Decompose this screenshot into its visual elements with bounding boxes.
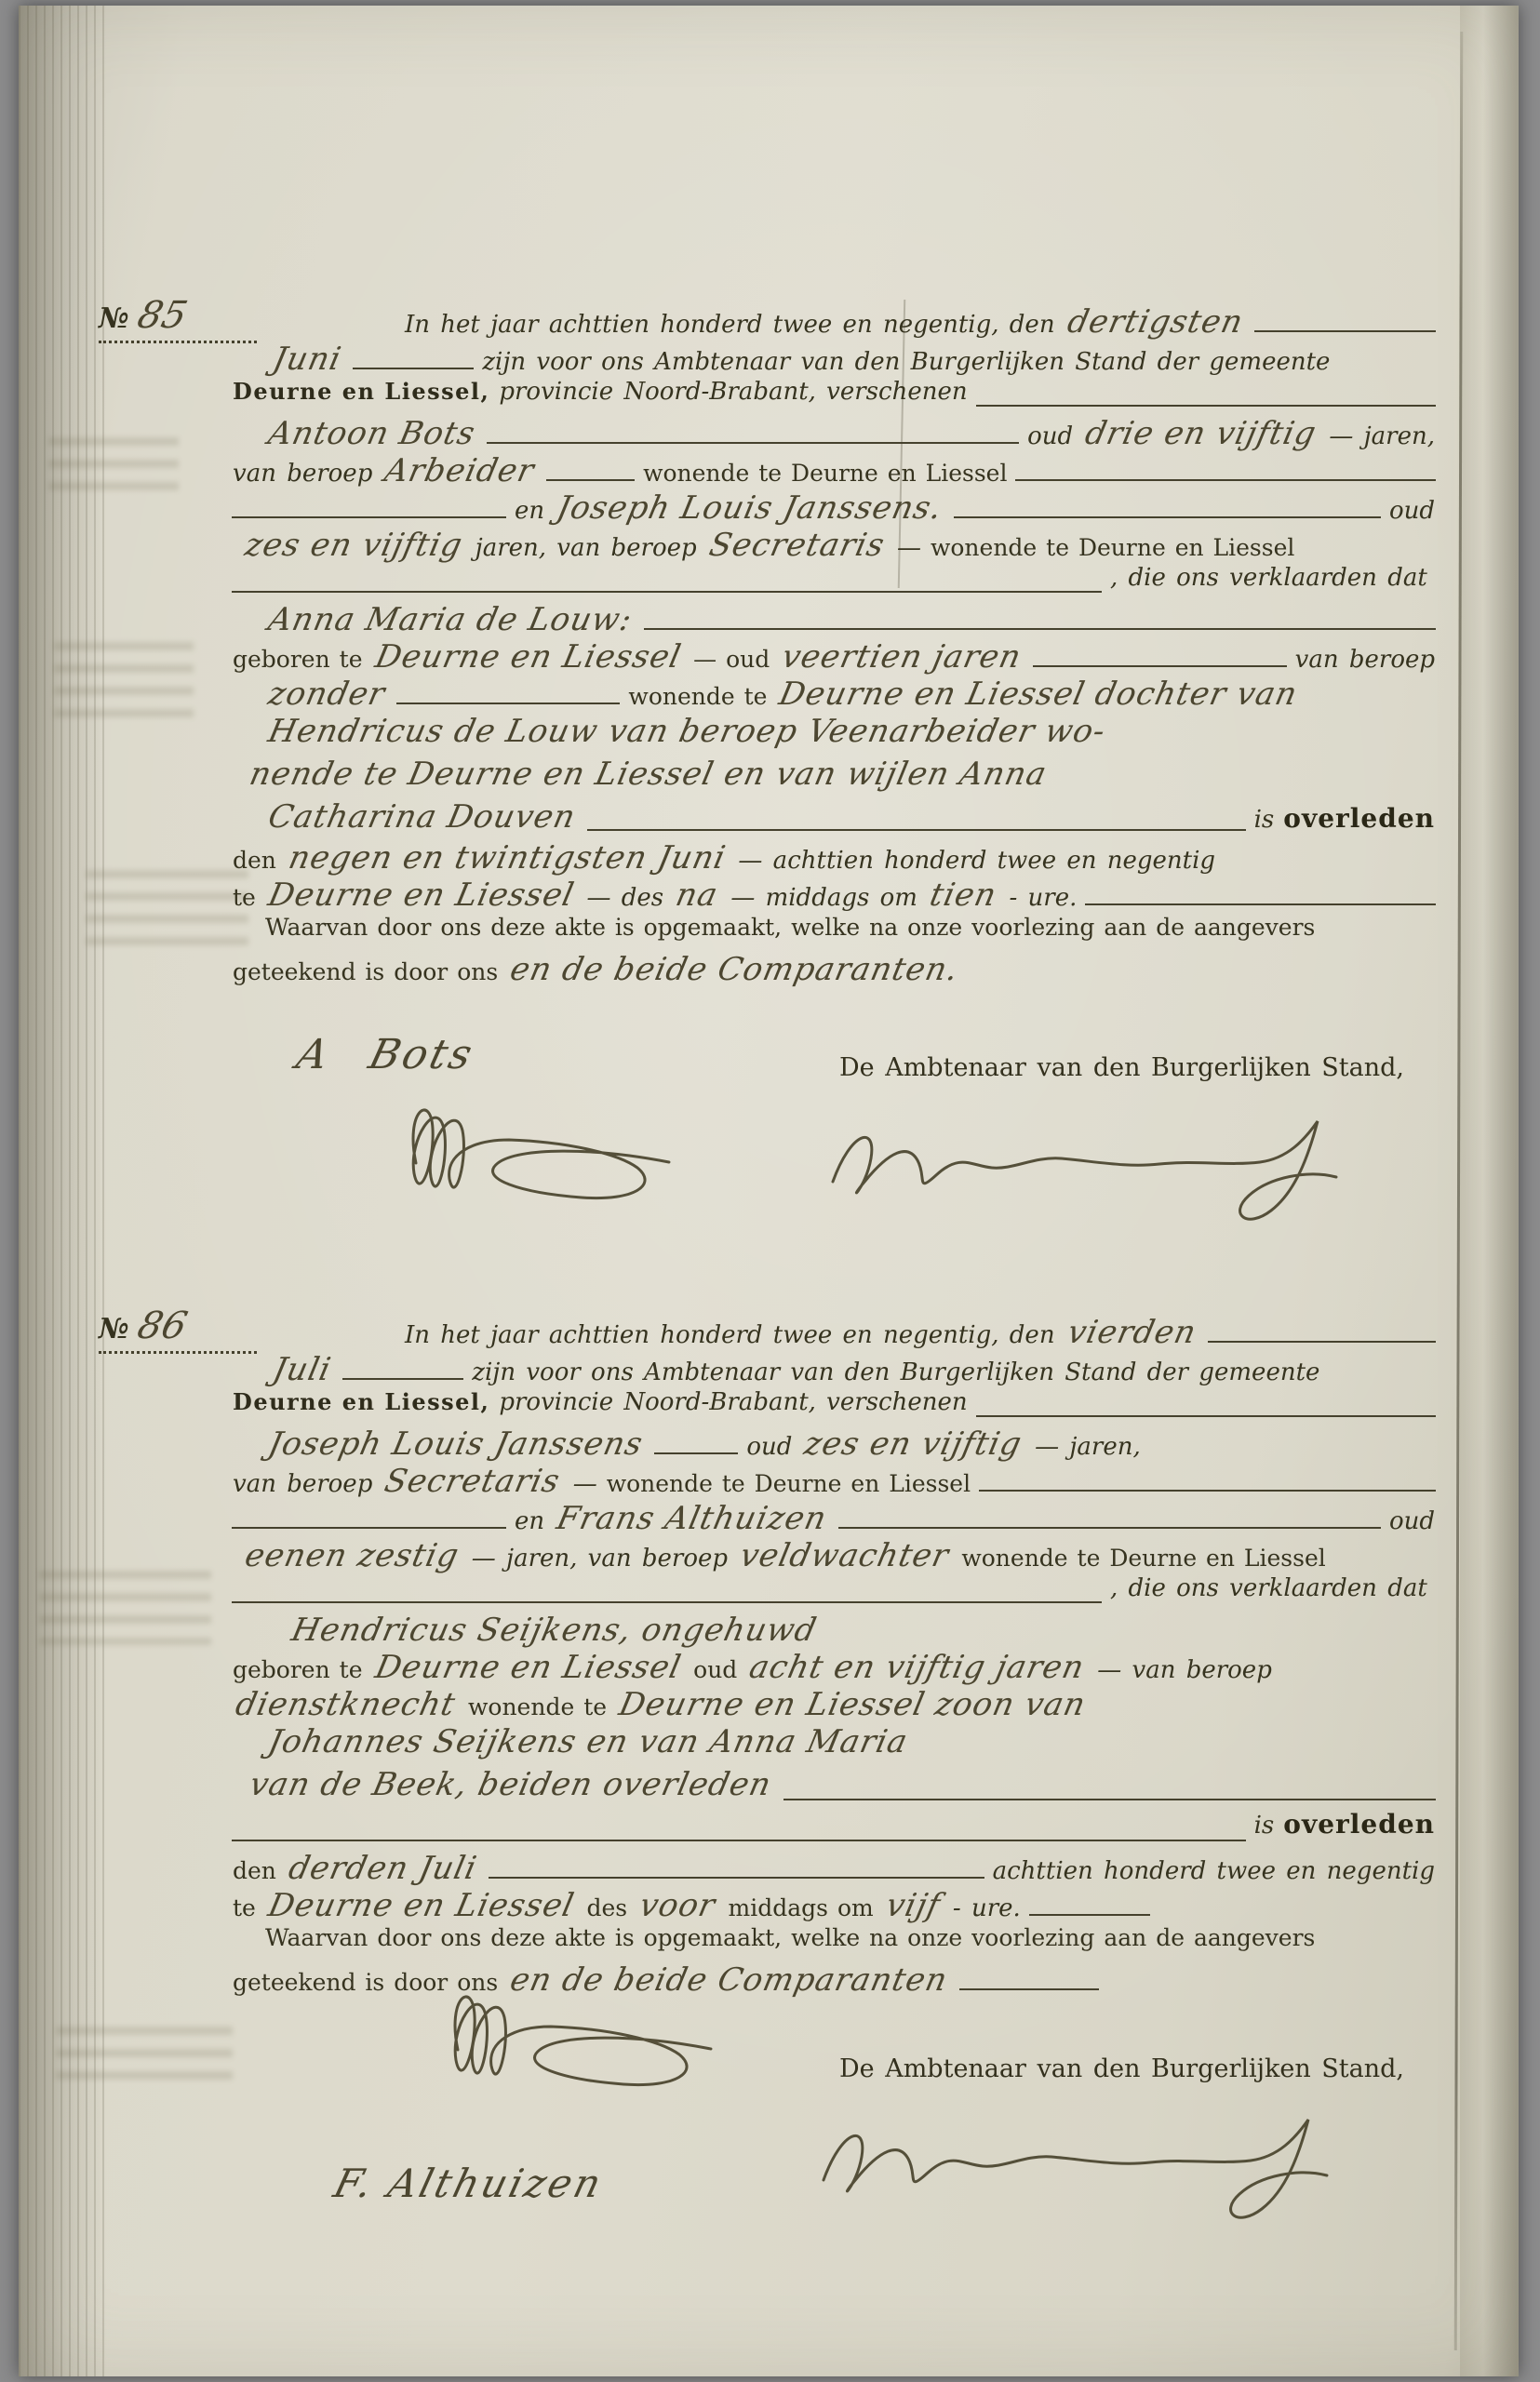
text-segment-hand: vierden	[1064, 1314, 1199, 1351]
text-segment-it: — des	[587, 884, 664, 912]
text-segment-it: — jaren,	[1035, 1433, 1141, 1461]
text-segment-it: provincie Noord-Brabant, verschenen	[499, 1388, 967, 1416]
text-segment-ro: te	[233, 1894, 256, 1921]
act-line: van beroepSecretaris—wonende te Deurne e…	[228, 1463, 1440, 1500]
act-line: enFrans Althuizenoud	[228, 1500, 1440, 1537]
text-segment-ro: den	[233, 1857, 276, 1884]
text-segment-hand: veldwachter	[737, 1537, 953, 1574]
text-segment-it: - ure.	[1009, 884, 1077, 912]
act-line: dennegen en twintigsten Juni— achttien h…	[228, 839, 1440, 877]
act-86-body: In het jaar achttien honderd twee en neg…	[228, 1314, 1440, 1999]
blank-fill-rule	[954, 516, 1381, 518]
act-line: Hendricus Seijkens, ongehuwd	[228, 1612, 1440, 1649]
act-line: van beroepArbeiderwonende te Deurne en L…	[228, 452, 1440, 489]
act-number-value: 86	[133, 1305, 191, 1347]
act-line: teDeurne en Liesseldesvoormiddags omvijf…	[228, 1887, 1440, 1924]
act-line: Johannes Seijkens en van Anna Maria	[228, 1723, 1440, 1766]
blank-fill-rule	[1033, 665, 1286, 667]
blank-fill-rule	[232, 516, 506, 518]
text-segment-it: zijn voor ons Ambtenaar van den Burgerli…	[482, 348, 1330, 376]
text-segment-it: , die ons verklaarden dat	[1110, 564, 1427, 592]
text-segment-hand: veertien jaren	[779, 638, 1025, 676]
bleed-through-text	[48, 437, 179, 493]
text-segment-ro: Waarvan door ons deze akte is opgemaakt,…	[265, 1924, 1315, 1951]
act-line: Waarvan door ons deze akte is opgemaakt,…	[228, 1924, 1440, 1961]
text-segment-hand: zes en vijftig	[242, 527, 466, 564]
text-segment-it: oud	[746, 1433, 792, 1461]
act-line: Deurne en Liessel,provincie Noord-Braban…	[228, 1388, 1440, 1425]
witness-signature-bots: A Bots	[292, 1031, 480, 1078]
text-segment-it: oud	[1027, 422, 1073, 450]
text-segment-hand: Joseph Louis Janssens.	[554, 489, 946, 527]
text-segment-ro: oud	[693, 1656, 737, 1683]
blank-fill-rule	[232, 1840, 1246, 1841]
text-segment-sc: Deurne en Liessel,	[233, 1388, 489, 1415]
text-segment-hand: eenen zestig	[242, 1537, 462, 1574]
text-segment-hand: drie en vijftig	[1082, 415, 1320, 452]
act-line: dienstknechtwonende teDeurne en Liessel …	[228, 1686, 1440, 1723]
text-segment-ro: wonende te Deurne en Liessel	[607, 1470, 971, 1497]
text-segment-hand: Deurne en Liessel dochter van	[776, 676, 1301, 713]
act-line: geboren teDeurne en Liesseloudacht en vi…	[228, 1649, 1440, 1686]
act-line: enJoseph Louis Janssens.oud	[228, 489, 1440, 527]
text-segment-hand: zonder	[265, 676, 389, 713]
text-segment-hand: derden Juli	[286, 1850, 481, 1887]
act-line: van de Beek, beiden overleden	[228, 1766, 1440, 1809]
text-segment-it: — van beroep	[1097, 1656, 1272, 1684]
blank-fill-rule	[1015, 479, 1436, 481]
text-segment-it: , die ons verklaarden dat	[1110, 1574, 1427, 1602]
text-segment-it: zijn voor ons Ambtenaar van den Burgerli…	[472, 1358, 1319, 1386]
number-symbol: №	[99, 1313, 129, 1345]
act-line: geteekend is door onsen de beide Compara…	[228, 951, 1440, 988]
act-line: Julizijn voor ons Ambtenaar van den Burg…	[228, 1351, 1440, 1388]
blank-fill-rule	[976, 1415, 1436, 1417]
blank-fill-rule	[353, 368, 474, 369]
text-segment-hand: Antoon Bots	[265, 415, 479, 452]
text-segment-ro: te	[233, 884, 256, 911]
witness-signature-althuizen: F. Althuizen	[329, 2161, 609, 2206]
blank-fill-rule	[232, 1527, 506, 1529]
text-segment-ro: Waarvan door ons deze akte is opgemaakt,…	[265, 914, 1315, 941]
act-line: zonderwonende teDeurne en Liessel dochte…	[228, 676, 1440, 713]
text-segment-hand: Arbeider	[382, 452, 538, 489]
text-segment-it: oud	[1389, 1507, 1435, 1535]
text-segment-hand: Anna Maria de Louw:	[265, 601, 636, 638]
act-line: Waarvan door ons deze akte is opgemaakt,…	[228, 914, 1440, 951]
text-segment-hand: Juni	[270, 341, 345, 378]
blank-fill-rule	[1085, 903, 1436, 905]
text-segment-hand: tien	[927, 877, 1000, 914]
text-segment-hand: na	[673, 877, 722, 914]
registrar-signature	[819, 1103, 1359, 1224]
blank-fill-rule	[959, 1988, 1099, 1990]
blank-fill-rule	[654, 1452, 738, 1454]
janssens-paraph-signature	[358, 1075, 684, 1219]
text-segment-sc: Deurne en Liessel,	[233, 378, 489, 405]
act-line: Catharina Douvenisoverleden	[228, 798, 1440, 839]
act-line: teDeurne en Liessel— desna— middags omti…	[228, 877, 1440, 914]
text-segment-hand: voor	[636, 1887, 719, 1924]
text-segment-ro: wonende te Deurne en Liessel	[931, 534, 1294, 561]
text-segment-hand: Hendricus Seijkens, ongehuwd	[288, 1612, 821, 1649]
text-segment-it: — jaren, van beroep	[472, 1545, 728, 1572]
text-segment-hand: acht en vijftig jaren	[746, 1649, 1088, 1686]
blank-fill-rule	[232, 591, 1102, 593]
act-line: Antoon Botsouddrie en vijftig— jaren,	[228, 415, 1440, 452]
text-segment-it: — achttien honderd twee en negentig	[738, 847, 1215, 875]
text-segment-it: — middags om	[730, 884, 917, 912]
right-paper-edge	[1460, 6, 1519, 2376]
act-85-body: In het jaar achttien honderd twee en neg…	[228, 303, 1440, 988]
text-segment-it: oud	[1389, 497, 1435, 525]
text-segment-hand: Hendricus de Louw van beroep Veenarbeide…	[265, 713, 1109, 750]
blank-fill-rule	[1254, 330, 1436, 332]
text-segment-it: en	[515, 497, 544, 525]
blank-fill-rule	[232, 1601, 1102, 1603]
blank-fill-rule	[783, 1799, 1436, 1800]
blank-fill-rule	[342, 1378, 463, 1380]
act-line: Anna Maria de Louw:	[228, 601, 1440, 638]
number-symbol: №	[99, 302, 129, 335]
text-segment-hand: vijf	[882, 1887, 944, 1924]
registrar-caption: De Ambtenaar van den Burgerlijken Stand,	[839, 2054, 1404, 2083]
act-line: Hendricus de Louw van beroep Veenarbeide…	[228, 713, 1440, 756]
text-segment-it: jaren, van beroep	[475, 534, 697, 562]
text-segment-ro: wonende te	[468, 1693, 607, 1720]
text-segment-it: — jaren,	[1329, 422, 1435, 450]
blank-fill-rule	[976, 405, 1436, 407]
text-segment-hand: Secretaris	[382, 1463, 564, 1500]
text-segment-ro: des	[587, 1894, 628, 1921]
text-segment-bold: overleden	[1283, 803, 1435, 834]
text-segment-it: In het jaar achttien honderd twee en neg…	[405, 311, 1055, 339]
registrar-caption: De Ambtenaar van den Burgerlijken Stand,	[839, 1053, 1404, 1082]
text-segment-hand: Frans Althuizen	[554, 1500, 830, 1537]
act-line: zes en vijftigjaren, van beroepSecretari…	[228, 527, 1440, 564]
text-segment-hand: nende te Deurne en Liessel en van wijlen…	[247, 756, 1051, 793]
blank-fill-rule	[1208, 1341, 1436, 1343]
blank-fill-rule	[587, 829, 1246, 831]
act-line: Joseph Louis Janssensoudzes en vijftig— …	[228, 1425, 1440, 1463]
text-segment-hand: Juli	[270, 1351, 335, 1388]
text-segment-it: van beroep	[233, 460, 372, 488]
text-segment-hand: Catharina Douven	[265, 798, 580, 836]
text-segment-ro: den	[233, 847, 276, 874]
text-segment-ro: — oud	[693, 646, 770, 673]
text-segment-ro: wonende te	[628, 683, 767, 710]
bleed-through-text	[56, 2027, 233, 2094]
blank-fill-rule	[644, 628, 1436, 630]
act-line: Deurne en Liessel,provincie Noord-Braban…	[228, 378, 1440, 415]
text-segment-hand: Deurne en Liessel	[371, 1649, 684, 1686]
act-number-value: 85	[133, 294, 191, 337]
blank-fill-rule	[487, 442, 1019, 444]
text-segment-it: In het jaar achttien honderd twee en neg…	[405, 1321, 1055, 1349]
text-segment-it: achttien honderd twee en negentig	[993, 1857, 1435, 1885]
text-segment-ro: wonende te Deurne en Liessel	[961, 1545, 1325, 1572]
text-segment-hand: Deurne en Liessel	[265, 877, 578, 914]
text-segment-hand: zes en vijftig	[801, 1425, 1025, 1463]
text-segment-hand: en de beide Comparanten.	[507, 951, 962, 988]
text-segment-it: is	[1254, 1812, 1275, 1840]
act-line: Junizijn voor ons Ambtenaar van den Burg…	[228, 341, 1440, 378]
janssens-paraph-signature	[400, 1961, 726, 2106]
text-segment-it: —	[573, 1470, 597, 1498]
scanned-register-page: { "registrar_caption": "De Ambtenaar van…	[0, 0, 1540, 2382]
blank-fill-rule	[489, 1877, 984, 1879]
text-segment-hand: van de Beek, beiden overleden	[247, 1766, 775, 1803]
act-line: , die ons verklaarden dat	[228, 564, 1440, 601]
text-segment-hand: Secretaris	[705, 527, 888, 564]
act-line: geboren teDeurne en Liessel— oudveertien…	[228, 638, 1440, 676]
blank-fill-rule	[396, 703, 620, 704]
blank-fill-rule	[546, 479, 635, 481]
text-segment-it: —	[897, 534, 921, 562]
act-line: eenen zestig— jaren, van beroepveldwacht…	[228, 1537, 1440, 1574]
blank-fill-rule	[838, 1527, 1381, 1529]
text-segment-hand: Johannes Seijkens en van Anna Maria	[265, 1723, 912, 1760]
text-segment-it: provincie Noord-Brabant, verschenen	[499, 378, 967, 406]
text-segment-ro: geboren te	[233, 646, 363, 673]
text-segment-ro: geteekend is door ons	[233, 958, 498, 985]
text-segment-hand: dertigsten	[1064, 303, 1246, 341]
text-segment-hand: Deurne en Liessel	[265, 1887, 578, 1924]
blank-fill-rule	[1029, 1914, 1150, 1916]
book-gutter-shading	[19, 6, 107, 2376]
text-segment-hand: Joseph Louis Janssens	[265, 1425, 647, 1463]
registrar-signature	[810, 2101, 1349, 2222]
blank-fill-rule	[979, 1490, 1436, 1492]
bleed-through-text	[86, 870, 248, 958]
text-segment-it: - ure.	[953, 1894, 1021, 1922]
text-segment-hand: dienstknecht	[233, 1686, 460, 1723]
text-segment-hand: Deurne en Liessel zoon van	[616, 1686, 1090, 1723]
text-segment-bold: overleden	[1283, 1809, 1435, 1840]
text-segment-ro: middags om	[729, 1894, 874, 1921]
act-line: isoverleden	[228, 1809, 1440, 1850]
text-segment-hand: negen en twintigsten Juni	[286, 839, 730, 877]
act-line: nende te Deurne en Liessel en van wijlen…	[228, 756, 1440, 798]
act-line: In het jaar achttien honderd twee en neg…	[228, 303, 1440, 341]
text-segment-it: van beroep	[1295, 646, 1435, 674]
act-line: denderden Juliachttien honderd twee en n…	[228, 1850, 1440, 1887]
text-segment-hand: Deurne en Liessel	[371, 638, 684, 676]
act-line: In het jaar achttien honderd twee en neg…	[228, 1314, 1440, 1351]
text-segment-ro: wonende te Deurne en Liessel	[643, 460, 1007, 487]
bleed-through-text	[39, 1571, 211, 1645]
text-segment-ro: geboren te	[233, 1656, 363, 1683]
text-segment-it: van beroep	[233, 1470, 372, 1498]
bleed-through-text	[54, 642, 194, 721]
text-segment-it: is	[1254, 806, 1275, 834]
text-segment-it: en	[515, 1507, 544, 1535]
act-line: , die ons verklaarden dat	[228, 1574, 1440, 1612]
